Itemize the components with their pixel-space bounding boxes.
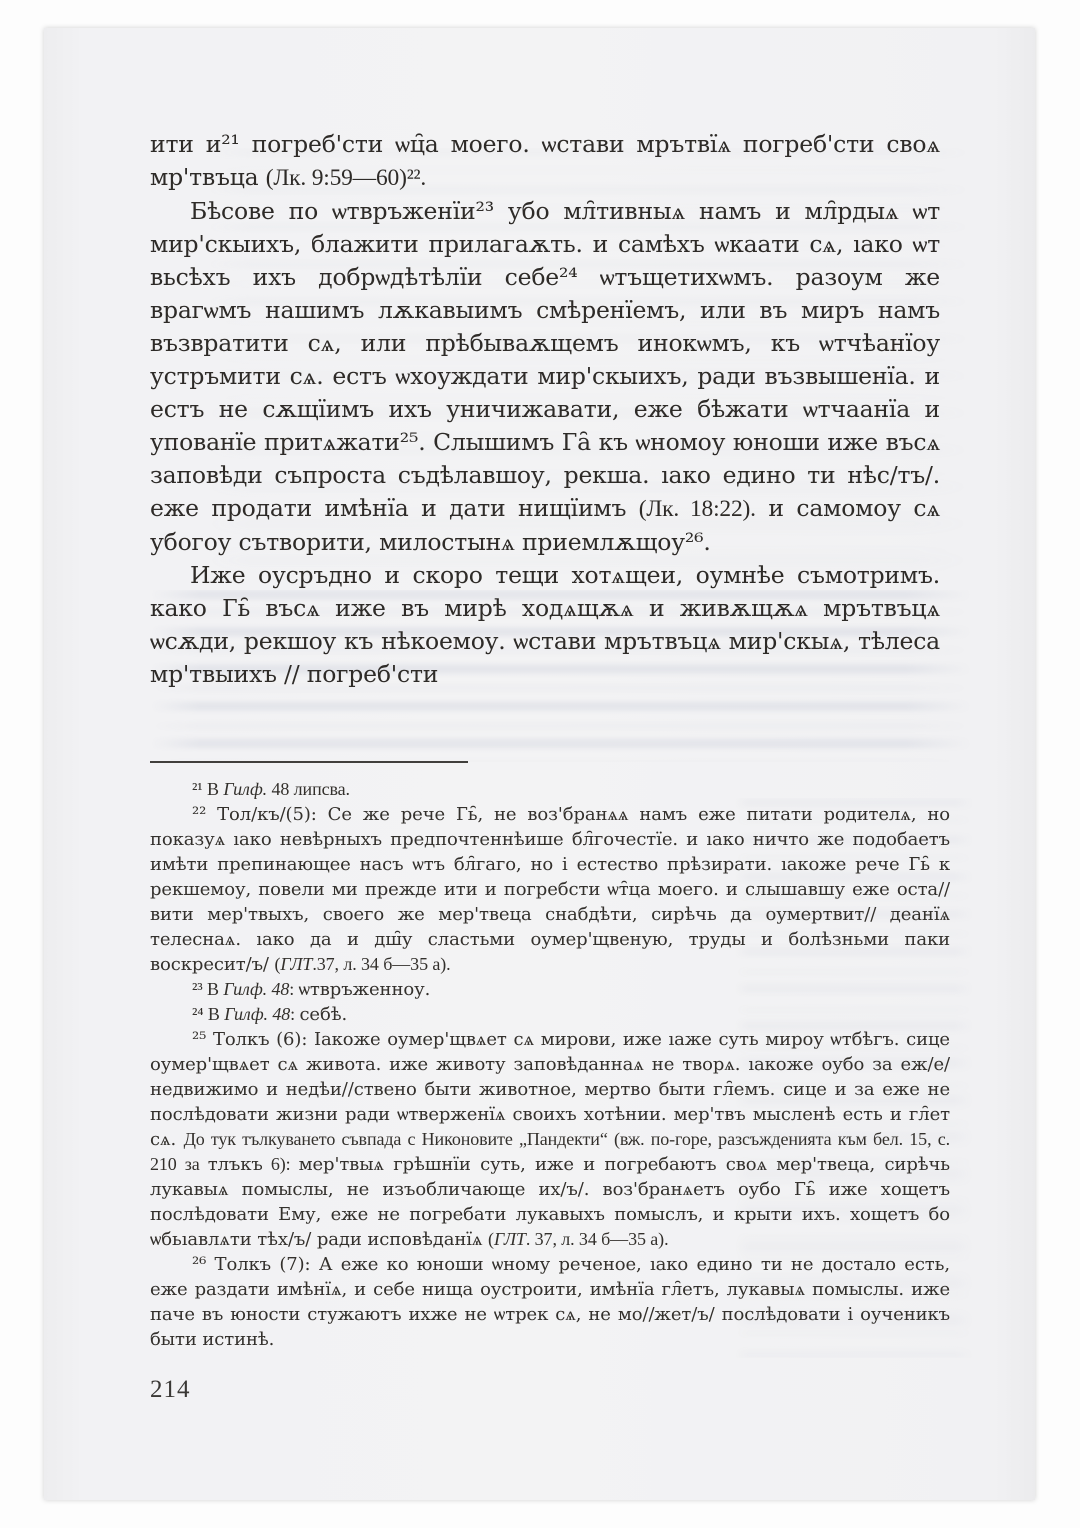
citation-luke-9-59: (Лк. 9:59—60)²². (266, 165, 426, 191)
text-segment: 48 липсва. (267, 779, 350, 799)
slavonic-paragraph-2: Бѣсове по ѡтвръженїи²³ убо мл̑тивныѧ нам… (150, 195, 940, 559)
footnote-26: ²⁶ Толкъ (7): А еже ко юноши ѡному речен… (150, 1252, 950, 1352)
text-segment: ²⁴ В (192, 1004, 224, 1024)
manuscript-siglum: Гилф. 48 (224, 1004, 290, 1024)
footnote-22: ²² Тол/къ/(5): Се же рече Гь̑, не воз'бр… (150, 802, 950, 977)
variant-reading: ѡтвръженноу. (299, 979, 431, 1000)
folio-reference: . 37, л. 34 б—35 а). (526, 1229, 669, 1249)
text-segment: ²³ В (192, 979, 223, 999)
variant-reading: себѣ. (299, 1004, 347, 1025)
text-segment: 6): (263, 1154, 299, 1174)
source-siglum: ГЛТ (280, 954, 312, 974)
main-text-block: ити и²¹ погреб'сти ѡц̑а моего. ѡстави мр… (150, 128, 940, 691)
manuscript-siglum: Гилф. (223, 779, 267, 799)
footnote-24: ²⁴ В Гилф. 48: себѣ. (150, 1002, 950, 1027)
slavonic-paragraph-3: Иже оусръдно и скоро тещи хотѧщеи, оумнѣ… (150, 559, 940, 691)
footnotes-block: ²¹ В Гилф. 48 липсва. ²² Тол/къ/(5): Се … (150, 777, 950, 1352)
footnote-21: ²¹ В Гилф. 48 липсва. (150, 777, 950, 802)
book-page-paper: ити и²¹ погреб'сти ѡц̑а моего. ѡстави мр… (44, 28, 1035, 1500)
footnote-separator-rule (150, 761, 468, 763)
slavonic-paragraph-1: ити и²¹ погреб'сти ѡц̑а моего. ѡстави мр… (150, 128, 940, 195)
folio-reference: .37, л. 34 б—35 а). (312, 954, 450, 974)
source-siglum: ГЛТ (494, 1229, 526, 1249)
manuscript-siglum: Гилф. 48 (223, 979, 289, 999)
text-segment: ²¹ В (192, 779, 223, 799)
text-segment: ²⁶ Толкъ (7): А еже ко юноши ѡному речен… (150, 1254, 950, 1350)
text-segment: ²² Тол/къ/(5): Се же рече Гь̑, не воз'бр… (150, 804, 950, 975)
page-number: 214 (150, 1376, 191, 1404)
citation-luke-18-22: (Лк. 18:22). (639, 496, 756, 522)
footnote-23: ²³ В Гилф. 48: ѡтвръженноу. (150, 977, 950, 1002)
scanned-page: ити и²¹ погреб'сти ѡц̑а моего. ѡстави мр… (0, 0, 1080, 1528)
text-segment: тлъкъ (208, 1154, 263, 1175)
footnote-25: ²⁵ Толкъ (6): Іакоже оумер'щвѧет сѧ миро… (150, 1027, 950, 1252)
text-segment: : (289, 979, 298, 999)
text-segment: Иже оусръдно и скоро тещи хотѧщеи, оумнѣ… (150, 561, 940, 688)
text-segment: Бѣсове по ѡтвръженїи²³ убо мл̑тивныѧ нам… (150, 197, 940, 522)
